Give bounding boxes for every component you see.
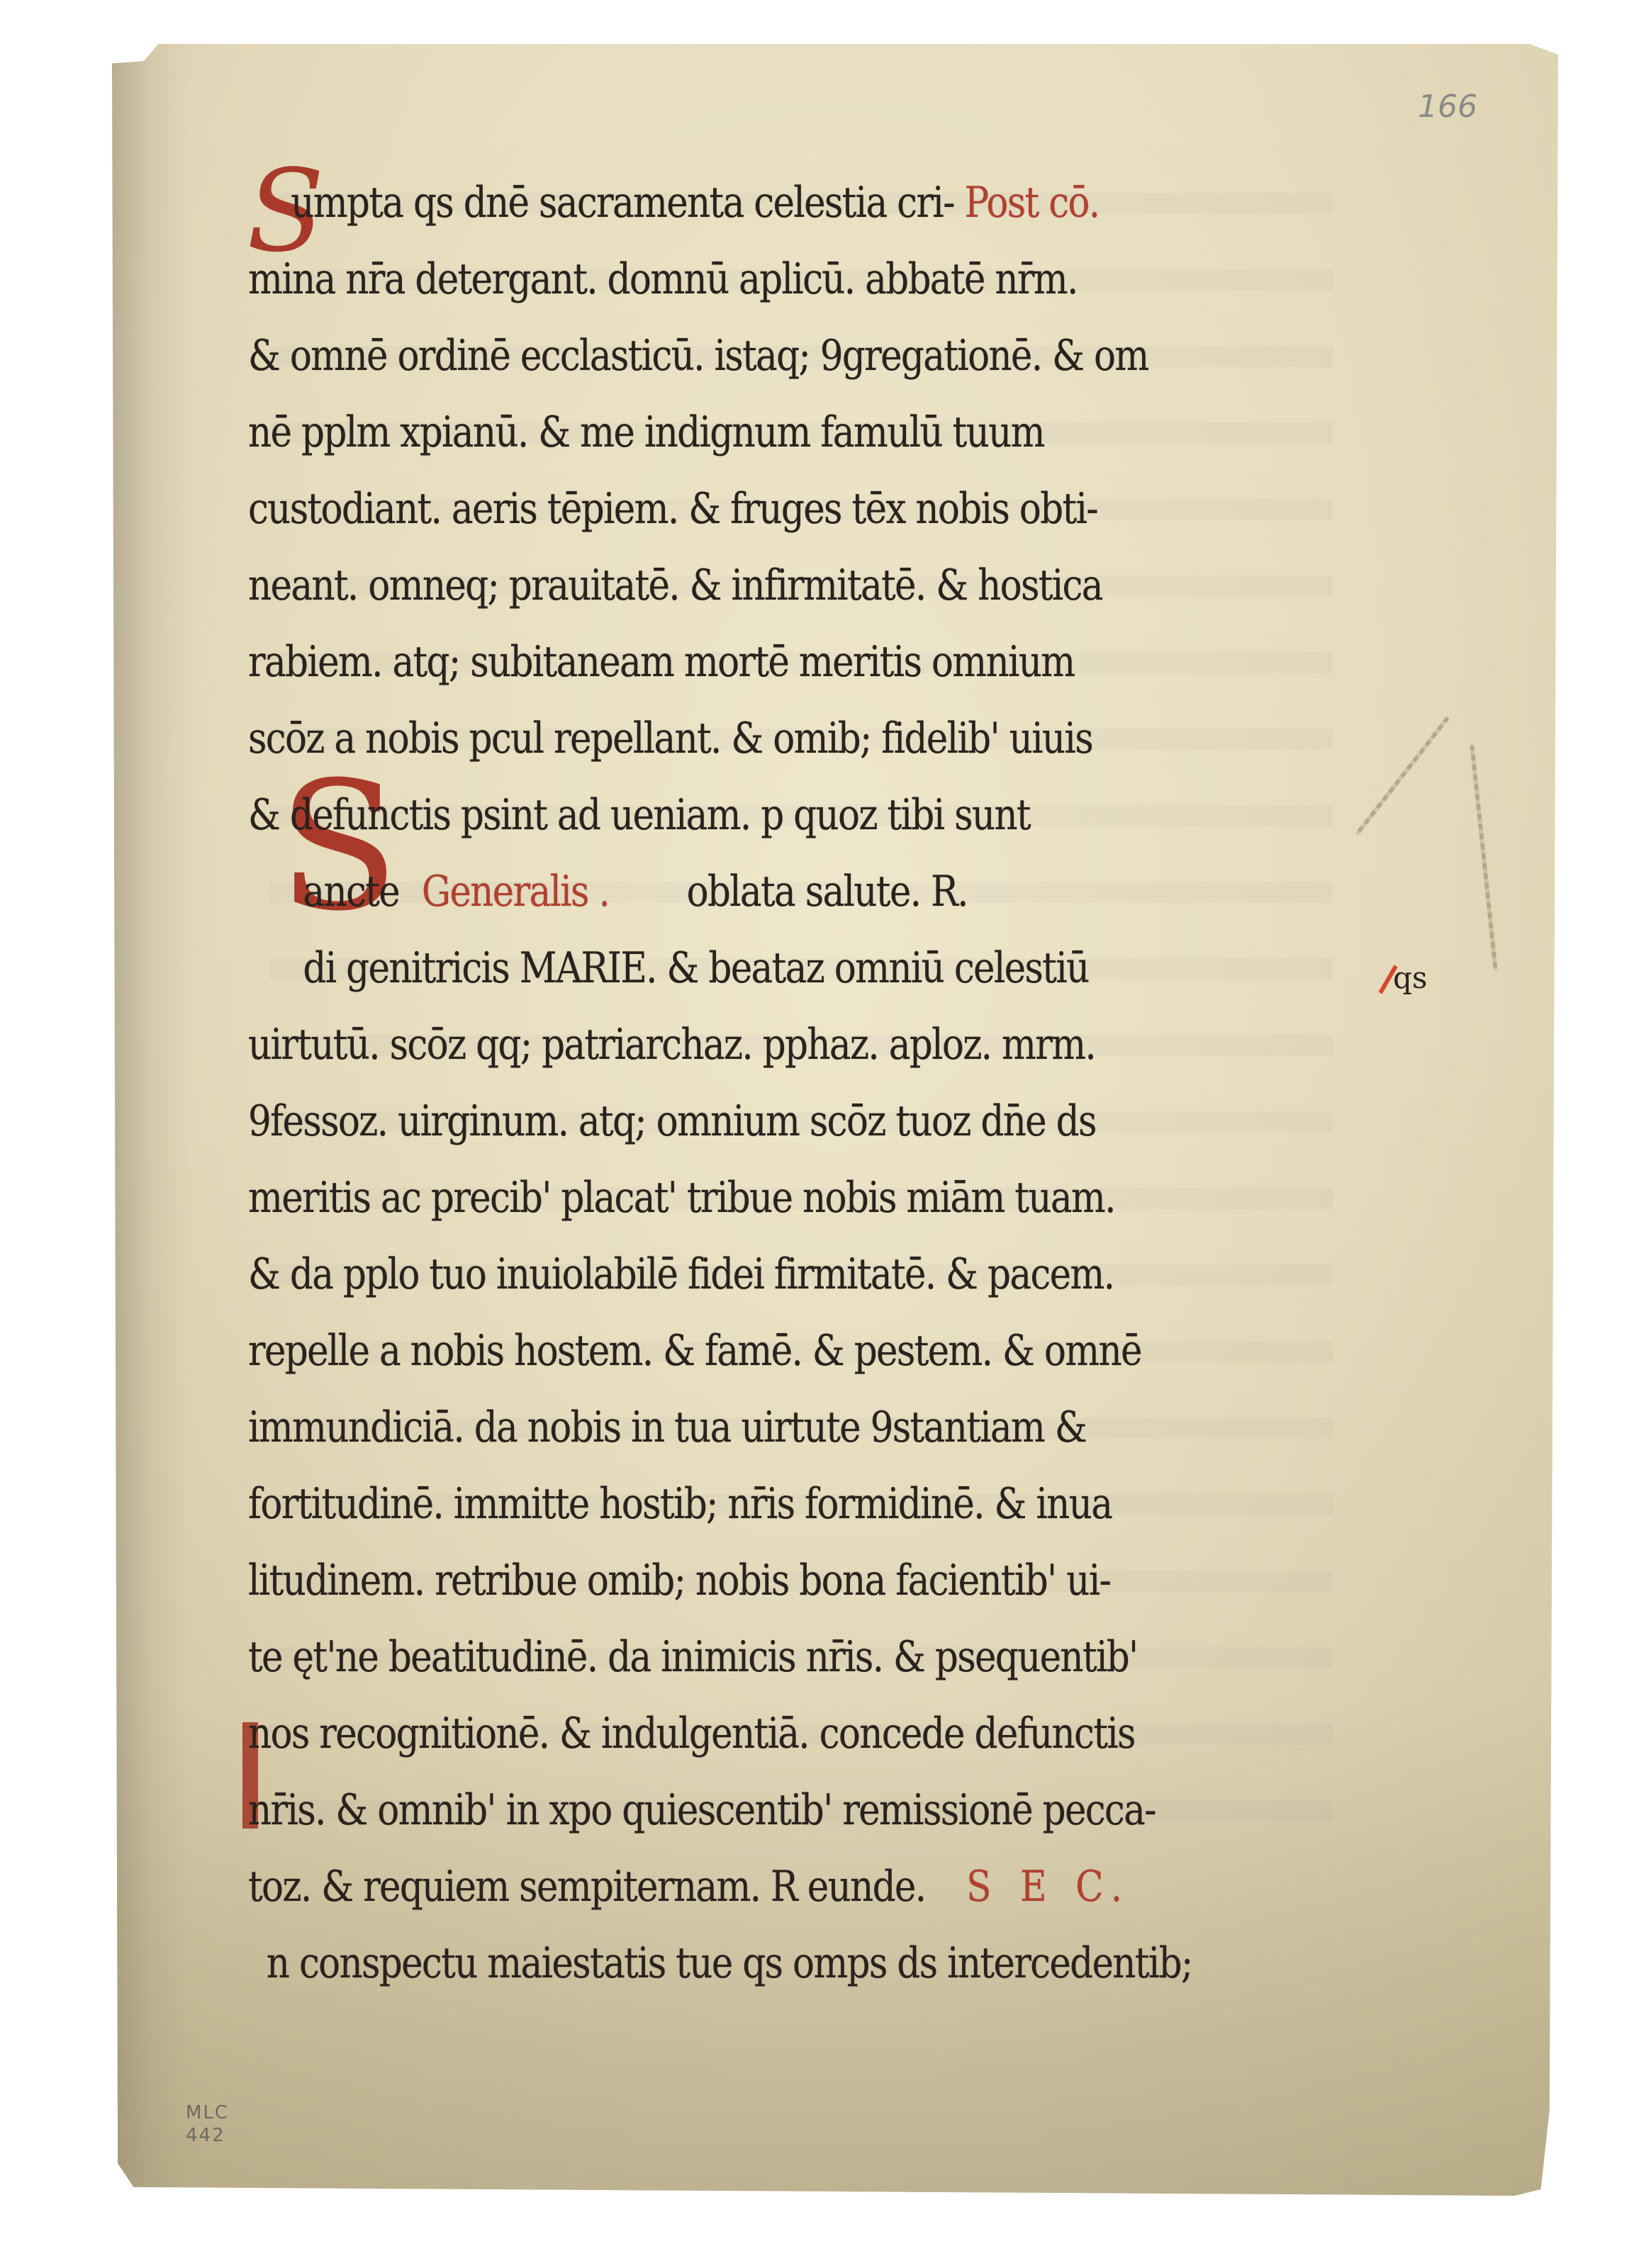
line-text: rabiem. atq; subitaneam mortē meritis om… [248,637,1074,687]
rubric-label: Generalis . [422,867,609,916]
text-line: di genitricis MARIE. & beataz omniū cele… [248,930,1187,1006]
line-text: litudinem. retribue omib; nobis bona fac… [248,1556,1110,1605]
line-text: immundiciā. da nobis in tua uirtute 9sta… [248,1403,1086,1452]
line-text: te ęt'ne beatitudinē. da inimicis nr̄is.… [248,1632,1137,1682]
text-line: & omnē ordinē ecclasticū. istaq; 9gregat… [248,318,1187,394]
text-line: uirtutū. scōz qq; patriarchaz. pphaz. ap… [248,1006,1187,1083]
line-text: meritis ac precib' placat' tribue nobis … [248,1173,1115,1223]
line-text: uirtutū. scōz qq; patriarchaz. pphaz. ap… [248,1020,1095,1070]
shelfmark-line-1: MLC [186,2101,229,2124]
text-line: mina nr̄a detergant. domnū aplicū. abbat… [248,241,1187,318]
line-text: nr̄is. & omnib' in xpo quiescentib' remi… [248,1785,1156,1835]
text-line: toz. & requiem sempiternam. R eunde. S E… [248,1848,1187,1925]
line-text: repelle a nobis hostem. & famē. & pestem… [248,1326,1141,1376]
line-text: fortitudinē. immitte hostib; nr̄is formi… [248,1479,1112,1529]
text-line: umpta qs dnē sacramenta celestia cri- Po… [248,164,1187,241]
rubric-label: Post cō. [965,178,1100,228]
text-line: te ęt'ne beatitudinē. da inimicis nr̄is.… [248,1619,1187,1695]
line-text: n conspectu maiestatis tue qs omps ds in… [267,1938,1192,1988]
line-text: di genitricis MARIE. & beataz omniū cele… [303,943,1088,993]
text-line: immundiciā. da nobis in tua uirtute 9sta… [248,1389,1187,1466]
rubric-label: S E C. [966,1862,1131,1911]
text-line: repelle a nobis hostem. & famē. & pestem… [248,1313,1187,1389]
text-line: n conspectu maiestatis tue qs omps ds in… [248,1925,1187,2002]
text-line: & defunctis psint ad ueniam. p quoz tibi… [248,777,1187,853]
text-line: nē pplm xpianū. & me indignum famulū tuu… [248,394,1187,471]
text-block: umpta qs dnē sacramenta celestia cri- Po… [248,164,1340,2002]
folio-number: 166 [1418,89,1477,125]
margin-note: qs [1393,960,1427,995]
text-line: scōz a nobis pcul repellant. & omib; fid… [248,700,1187,777]
text-line: litudinem. retribue omib; nobis bona fac… [248,1542,1187,1619]
line-text: umpta qs dnē sacramenta celestia cri- [291,178,954,228]
text-line: & da pplo tuo inuiolabilē fidei firmitat… [248,1236,1187,1313]
text-line: neant. omneq; prauitatē. & infirmitatē. … [248,547,1187,624]
text-line: nos recognitionē. & indulgentiā. concede… [248,1695,1187,1772]
line-text: oblata salute. R. [686,867,967,916]
line-text: & defunctis psint ad ueniam. p quoz tibi… [248,790,1030,840]
shelfmark-line-2: 442 [186,2124,229,2147]
text-line: 9fessoz. uirginum. atq; omnium scōz tuoz… [248,1083,1187,1160]
line-text: custodiant. aeris tēpiem. & fruges tēx n… [248,484,1097,534]
line-text: mina nr̄a detergant. domnū aplicū. abbat… [248,254,1078,304]
line-text: scōz a nobis pcul repellant. & omib; fid… [248,714,1092,763]
text-line: ancte Generalis . oblata salute. R. [248,853,1187,930]
line-text: & omnē ordinē ecclasticū. istaq; 9gregat… [248,331,1148,381]
line-text: 9fessoz. uirginum. atq; omnium scōz tuoz… [248,1096,1096,1146]
line-text: nos recognitionē. & indulgentiā. concede… [248,1709,1135,1758]
line-text: toz. & requiem sempiternam. R eunde. [248,1862,925,1911]
line-text: & da pplo tuo inuiolabilē fidei firmitat… [248,1250,1114,1299]
line-text: nē pplm xpianū. & me indignum famulū tuu… [248,408,1044,457]
text-line: meritis ac precib' placat' tribue nobis … [248,1160,1187,1236]
shelfmark: MLC 442 [186,2101,229,2147]
text-line: nr̄is. & omnib' in xpo quiescentib' remi… [248,1772,1187,1848]
text-line: custodiant. aeris tēpiem. & fruges tēx n… [248,471,1187,547]
text-line: rabiem. atq; subitaneam mortē meritis om… [248,624,1187,700]
line-text: neant. omneq; prauitatē. & infirmitatē. … [248,561,1102,610]
text-line: fortitudinē. immitte hostib; nr̄is formi… [248,1466,1187,1542]
line-text: ancte [303,867,399,916]
